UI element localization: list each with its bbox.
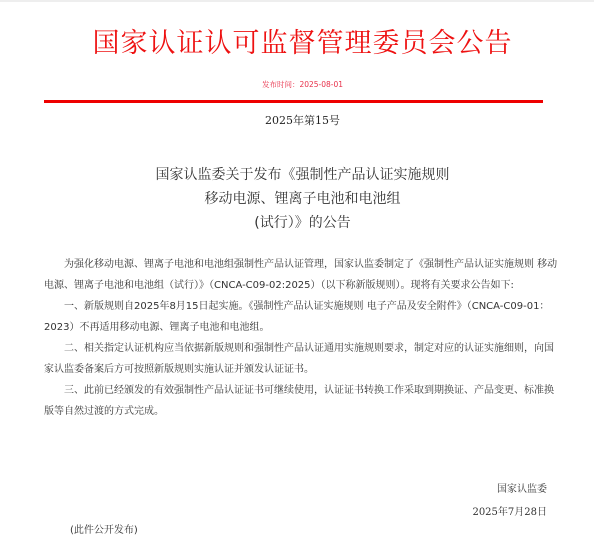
signature-organization: 国家认监委 (497, 482, 547, 498)
announcement-body: 为强化移动电源、锂离子电池和电池组强制性产品认证管理，国家认监委制定了《强制性产… (44, 254, 560, 422)
subject-line-2: 移动电源、锂离子电池和电池组 (0, 187, 605, 211)
signature-date: 2025年7月28日 (472, 505, 547, 521)
body-paragraph-2: 二、相关指定认证机构应当依据新版规则和强制性产品认证通用实施规则要求，制定对应的… (44, 338, 560, 380)
announcement-subject: 国家认监委关于发布《强制性产品认证实施规则 移动电源、锂离子电池和电池组 (试行… (0, 163, 605, 235)
red-divider (44, 100, 543, 103)
document-title: 国家认证认可监督管理委员会公告 (0, 26, 605, 62)
document-number: 2025年第15号 (0, 113, 605, 129)
public-release-note: (此件公开发布) (70, 523, 138, 539)
body-paragraph-intro: 为强化移动电源、锂离子电池和电池组强制性产品认证管理，国家认监委制定了《强制性产… (44, 254, 560, 296)
body-paragraph-1: 一、新版规则自2025年8月15日起实施。《强制性产品认证实施规则 电子产品及安… (44, 296, 560, 338)
body-paragraph-3: 三、此前已经颁发的有效强制性产品认证证书可继续使用，认证证书转换工作采取到期换证… (44, 380, 560, 422)
publish-time: 发布时间：2025-08-01 (0, 79, 605, 91)
subject-line-1: 国家认监委关于发布《强制性产品认证实施规则 (0, 163, 605, 187)
top-divider (0, 0, 594, 2)
subject-line-3: (试行）》的公告 (0, 211, 605, 235)
